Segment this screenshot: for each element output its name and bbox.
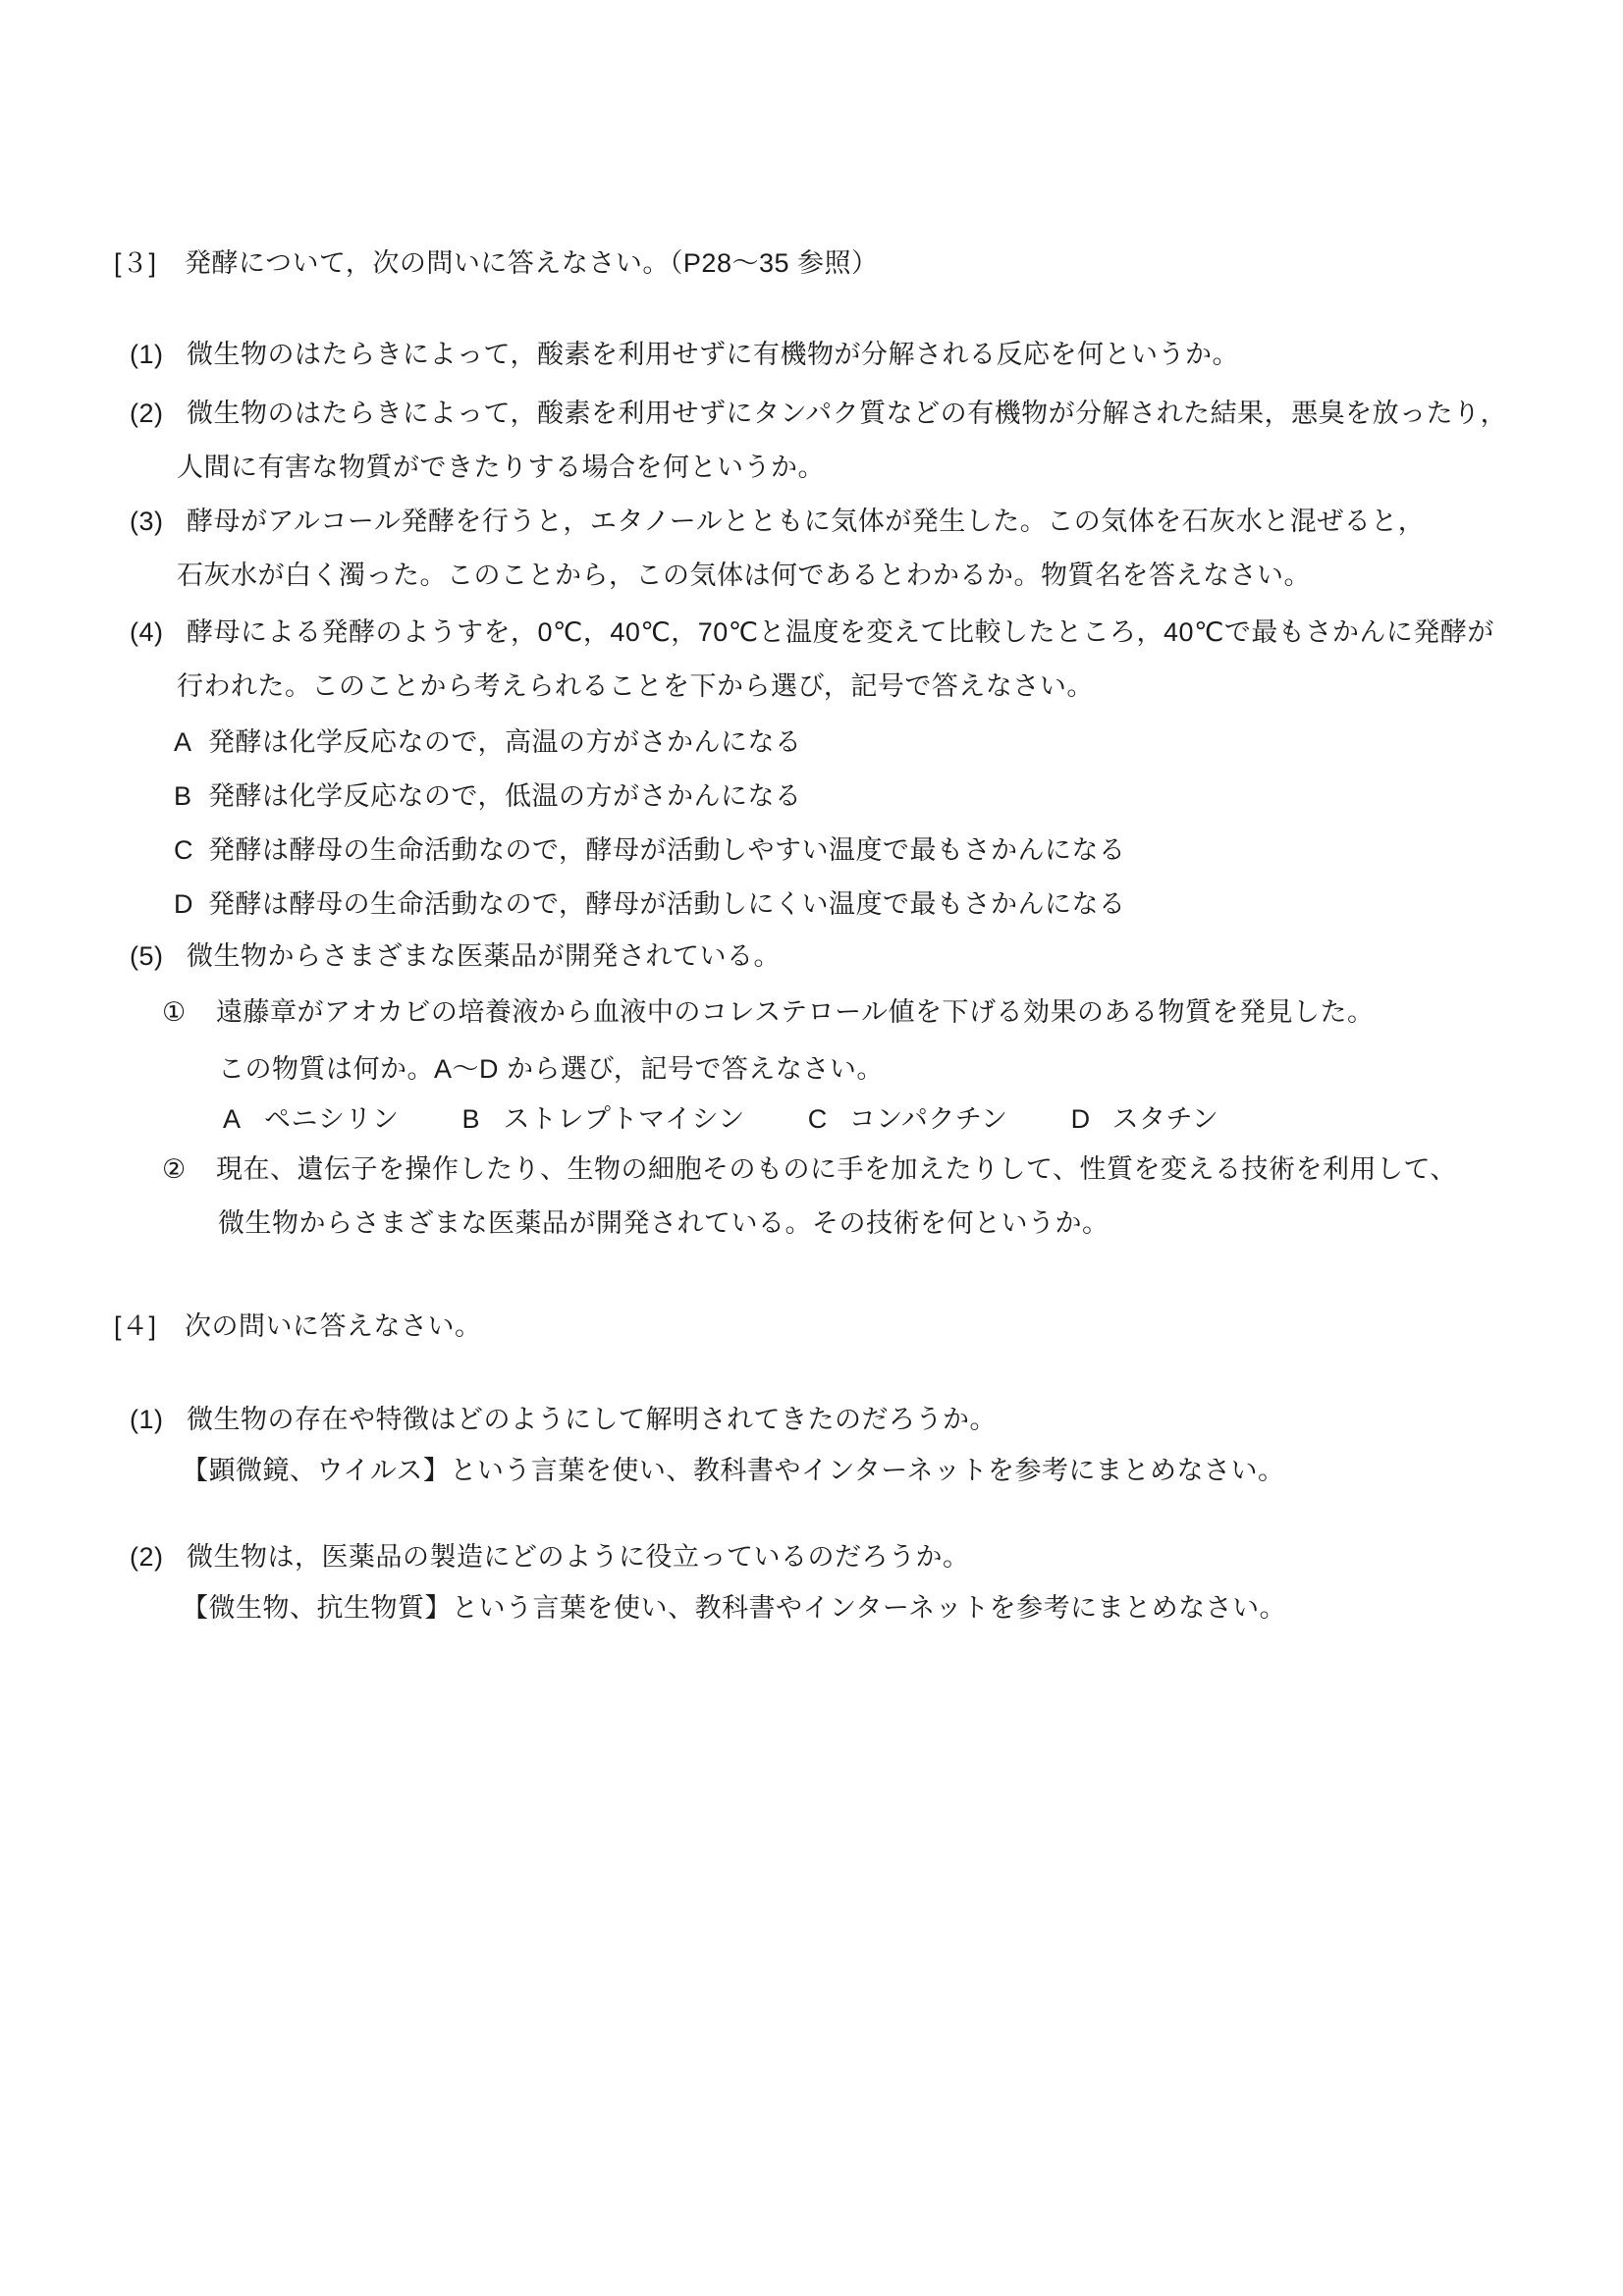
question-number: (1): [130, 337, 187, 372]
option-letter: A: [174, 724, 208, 760]
subquestion-1-line2: この物質は何か。A～D から選び，記号で答えなさい。: [218, 1051, 884, 1087]
question-text: 石灰水が白く濁った。このことから，この気体は何であるとわかるか。物質名を答えなさ…: [177, 558, 1311, 593]
question-text: 微生物のはたらきによって，酸素を利用せずに有機物が分解される反応を何というか。: [187, 337, 1239, 372]
option-text: コンパクチン: [849, 1101, 1008, 1137]
question-3-4-line1: (4) 酵母による発酵のようすを，0℃，40℃，70℃と温度を変えて比較したとこ…: [130, 614, 1494, 650]
question-text: 行われた。このことから考えられることを下から選び，記号で答えなさい。: [177, 668, 1094, 704]
subquestion-text: 現在、遺伝子を操作したり、生物の細胞そのものに手を加えたりして、性質を変える技術…: [216, 1151, 1457, 1187]
question-text: 微生物の存在や特徴はどのようにして解明されてきたのだろうか。: [187, 1402, 997, 1437]
worksheet-page: [３] 発酵について，次の問いに答えなさい。（P28～35 参照） (1) 微生…: [0, 0, 1623, 2296]
section-3-number: [３]: [114, 245, 185, 281]
question-text: 酵母による発酵のようすを，0℃，40℃，70℃と温度を変えて比較したところ，40…: [187, 614, 1494, 650]
question-number: (1): [130, 1402, 187, 1437]
option-letter: A: [223, 1101, 264, 1137]
subquestion-2-line2: 微生物からさまざまな医薬品が開発されている。その技術を何というか。: [218, 1205, 1109, 1241]
question-text: 微生物は，医薬品の製造にどのように役立っているのだろうか。: [187, 1539, 970, 1575]
question-3-5: (5) 微生物からさまざまな医薬品が開発されている。: [130, 938, 781, 974]
question-3-2-line2: 人間に有害な物質ができたりする場合を何というか。: [177, 450, 825, 485]
question-number: (2): [130, 1539, 187, 1575]
question-3-3-line2: 石灰水が白く濁った。このことから，この気体は何であるとわかるか。物質名を答えなさ…: [177, 558, 1311, 593]
question-3-2-line1: (2) 微生物のはたらきによって，酸素を利用せずにタンパク質などの有機物が分解さ…: [130, 396, 1507, 431]
question-3-3-line1: (3) 酵母がアルコール発酵を行うと，エタノールとともに気体が発生した。この気体…: [130, 504, 1425, 539]
option-text: 発酵は酵母の生命活動なので，酵母が活動しやすい温度で最もさかんになる: [208, 832, 1125, 868]
subquestion-1-options: A ペニシリン B ストレプトマイシン C コンパクチン D スタチン: [223, 1101, 1218, 1137]
option-c: C コンパクチン: [808, 1101, 1008, 1137]
question-3-1: (1) 微生物のはたらきによって，酸素を利用せずに有機物が分解される反応を何とい…: [130, 337, 1239, 372]
section-4-header: [４] 次の問いに答えなさい。: [114, 1308, 482, 1344]
subquestion-text: この物質は何か。A～D から選び，記号で答えなさい。: [218, 1051, 884, 1087]
question-4-1-line2: 【顕微鏡、ウイルス】という言葉を使い、教科書やインターネットを参考にまとめなさい…: [182, 1453, 1284, 1488]
subquestion-2-line1: ② 現在、遺伝子を操作したり、生物の細胞そのものに手を加えたりして、性質を変える…: [162, 1151, 1457, 1187]
subquestion-number: ②: [162, 1151, 216, 1187]
option-letter: D: [1071, 1101, 1112, 1137]
option-d: D 発酵は酵母の生命活動なので，酵母が活動しにくい温度で最もさかんになる: [174, 886, 1125, 922]
question-number: (2): [130, 396, 187, 431]
option-letter: D: [174, 886, 208, 922]
section-4-title: 次の問いに答えなさい。: [185, 1308, 482, 1344]
question-text: 人間に有害な物質ができたりする場合を何というか。: [177, 450, 825, 485]
section-3-header: [３] 発酵について，次の問いに答えなさい。（P28～35 参照）: [114, 245, 879, 281]
option-c: C 発酵は酵母の生命活動なので，酵母が活動しやすい温度で最もさかんになる: [174, 832, 1125, 868]
subquestion-text: 微生物からさまざまな医薬品が開発されている。その技術を何というか。: [218, 1205, 1109, 1241]
question-4-2-line1: (2) 微生物は，医薬品の製造にどのように役立っているのだろうか。: [130, 1539, 970, 1575]
question-number: (4): [130, 614, 187, 650]
option-letter: C: [808, 1101, 849, 1137]
option-letter: C: [174, 832, 208, 868]
subquestion-number: ①: [162, 994, 216, 1030]
option-text: ペニシリン: [264, 1101, 400, 1137]
option-text: ストレプトマイシン: [504, 1101, 745, 1137]
option-b: B ストレプトマイシン: [462, 1101, 745, 1137]
question-4-1-line1: (1) 微生物の存在や特徴はどのようにして解明されてきたのだろうか。: [130, 1402, 997, 1437]
question-4-2-line2: 【微生物、抗生物質】という言葉を使い、教科書やインターネットを参考にまとめなさい…: [182, 1590, 1286, 1626]
option-letter: B: [462, 1101, 504, 1137]
question-text: 微生物からさまざまな医薬品が開発されている。: [187, 938, 781, 974]
question-text: 【顕微鏡、ウイルス】という言葉を使い、教科書やインターネットを参考にまとめなさい…: [182, 1453, 1284, 1488]
subquestion-1-line1: ① 遠藤章がアオカビの培養液から血液中のコレステロール値を下げる効果のある物質を…: [162, 994, 1375, 1030]
option-d: D スタチン: [1071, 1101, 1219, 1137]
question-text: 酵母がアルコール発酵を行うと，エタノールとともに気体が発生した。この気体を石灰水…: [187, 504, 1425, 539]
question-text: 微生物のはたらきによって，酸素を利用せずにタンパク質などの有機物が分解された結果…: [187, 396, 1507, 431]
question-number: (3): [130, 504, 187, 539]
section-4-number: [４]: [114, 1308, 185, 1344]
question-number: (5): [130, 938, 187, 974]
option-text: 発酵は化学反応なので，高温の方がさかんになる: [208, 724, 801, 760]
option-text: 発酵は酵母の生命活動なので，酵母が活動しにくい温度で最もさかんになる: [208, 886, 1125, 922]
option-text: スタチン: [1112, 1101, 1219, 1137]
option-text: 発酵は化学反応なので，低温の方がさかんになる: [208, 778, 801, 814]
subquestion-text: 遠藤章がアオカビの培養液から血液中のコレステロール値を下げる効果のある物質を発見…: [216, 994, 1375, 1030]
option-letter: B: [174, 778, 208, 814]
option-a: A ペニシリン: [223, 1101, 400, 1137]
section-3-title: 発酵について，次の問いに答えなさい。（P28～35 参照）: [185, 245, 879, 281]
option-b: B 発酵は化学反応なので，低温の方がさかんになる: [174, 778, 801, 814]
option-a: A 発酵は化学反応なので，高温の方がさかんになる: [174, 724, 801, 760]
question-3-4-line2: 行われた。このことから考えられることを下から選び，記号で答えなさい。: [177, 668, 1094, 704]
question-text: 【微生物、抗生物質】という言葉を使い、教科書やインターネットを参考にまとめなさい…: [182, 1590, 1286, 1626]
